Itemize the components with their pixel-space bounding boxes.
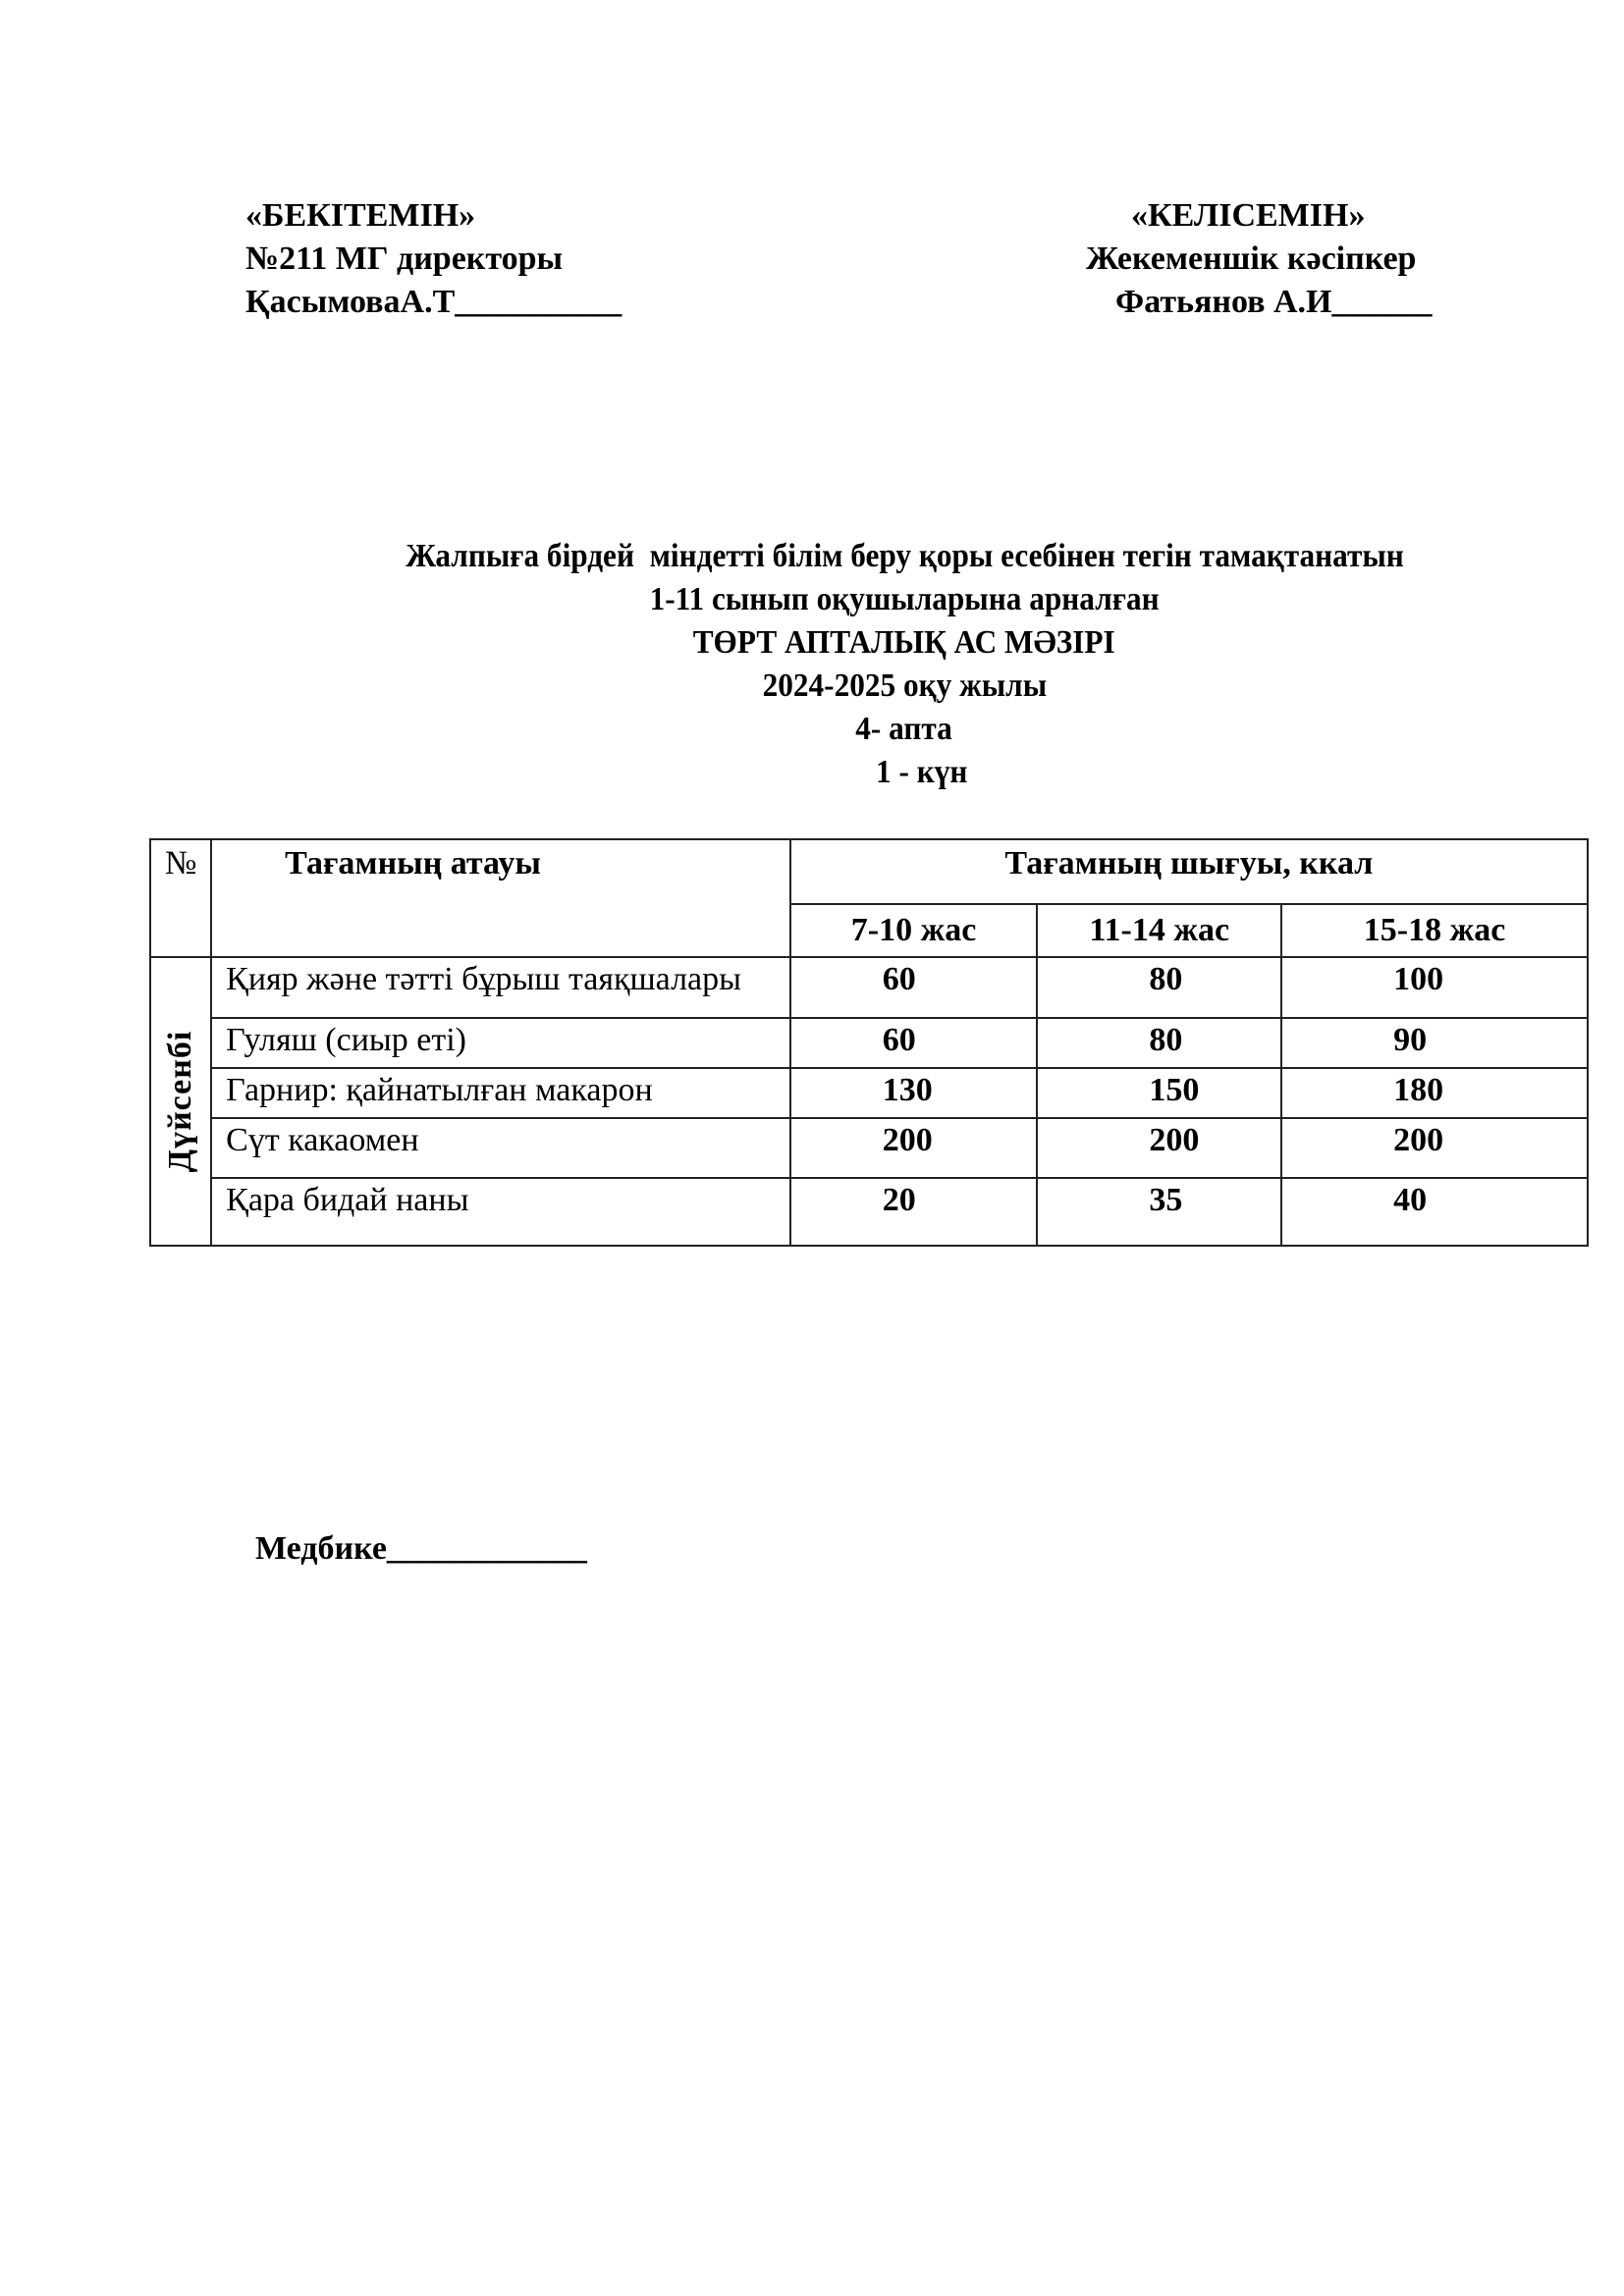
title-line-1: Жалпыға бірдей міндетті білім беру қоры … (92, 535, 1624, 578)
value-7-10: 200 (790, 1118, 1038, 1178)
header-age-7-10: 7-10 жас (790, 904, 1038, 957)
day-cell: Дүйсенбі (150, 957, 211, 1246)
title-line-6-text: 1 - күн (876, 751, 967, 794)
approval-left-signature: ҚасымоваА.Т__________ (245, 281, 622, 324)
title-line-4-text: 2024-2025 оқу жылы (762, 665, 1047, 708)
value-7-10: 130 (790, 1068, 1038, 1118)
header-age-11-14: 11-14 жас (1037, 904, 1281, 957)
value-7-10: 60 (790, 1018, 1038, 1068)
title-line-1-text: Жалпыға бірдей міндетті білім беру қоры … (406, 535, 1404, 578)
table-row: Гарнир: қайнатылған макарон 130 150 180 (150, 1068, 1588, 1118)
approval-left-heading: «БЕКІТЕМІН» (245, 194, 475, 238)
dish-name: Гуляш (сиыр еті) (211, 1018, 790, 1068)
table-row: Сүт какаомен 200 200 200 (150, 1118, 1588, 1178)
approval-right-heading: «КЕЛІСЕМІН» (1131, 194, 1365, 238)
approval-right-signature: Фатьянов А.И______ (1115, 281, 1433, 324)
value-15-18: 100 (1281, 957, 1588, 1018)
dish-name: Қара бидай наны (211, 1178, 790, 1246)
value-11-14: 200 (1037, 1118, 1281, 1178)
title-line-5-text: 4- апта (856, 708, 953, 751)
approval-right-position: Жекеменшік кәсіпкер (1086, 238, 1416, 281)
dish-name: Гарнир: қайнатылған макарон (211, 1068, 790, 1118)
dish-name: Қияр және тәтті бұрыш таяқшалары (211, 957, 790, 1018)
title-line-3: ТӨРТ АПТАЛЫҚ АС МӘЗІРІ (92, 621, 1624, 665)
value-15-18: 180 (1281, 1068, 1588, 1118)
value-11-14: 35 (1037, 1178, 1281, 1246)
value-11-14: 80 (1037, 1018, 1281, 1068)
header-age-15-18: 15-18 жас (1281, 904, 1588, 957)
day-label: Дүйсенбі (161, 1031, 200, 1173)
title-line-2-text: 1-11 сынып оқушыларына арналған (649, 578, 1159, 621)
value-11-14: 80 (1037, 957, 1281, 1018)
title-line-6: 1 - күн (110, 751, 1624, 794)
value-15-18: 90 (1281, 1018, 1588, 1068)
value-7-10: 20 (790, 1178, 1038, 1246)
table-row: Дүйсенбі Қияр және тәтті бұрыш таяқшалар… (150, 957, 1588, 1018)
value-7-10: 60 (790, 957, 1038, 1018)
title-line-5: 4- апта (92, 708, 1624, 751)
table-row: Қара бидай наны 20 35 40 (150, 1178, 1588, 1246)
title-line-4: 2024-2025 оқу жылы (92, 665, 1624, 708)
title-line-2: 1-11 сынып оқушыларына арналған (92, 578, 1624, 621)
title-line-3-text: ТӨРТ АПТАЛЫҚ АС МӘЗІРІ (693, 621, 1115, 665)
approval-left-position: №211 МГ директоры (245, 238, 563, 281)
value-15-18: 200 (1281, 1118, 1588, 1178)
dish-name: Сүт какаомен (211, 1118, 790, 1178)
table-row: Гуляш (сиыр еті) 60 80 90 (150, 1018, 1588, 1068)
nurse-signature: Медбике____________ (255, 1527, 587, 1571)
table-header-row: № Тағамның атауы Тағамның шығуы, ккал (150, 839, 1588, 904)
value-15-18: 40 (1281, 1178, 1588, 1246)
header-number: № (150, 839, 211, 957)
value-11-14: 150 (1037, 1068, 1281, 1118)
menu-table: № Тағамның атауы Тағамның шығуы, ккал 7-… (149, 838, 1589, 1247)
header-dish-name: Тағамның атауы (211, 839, 790, 957)
header-yield-group: Тағамның шығуы, ккал (790, 839, 1588, 904)
